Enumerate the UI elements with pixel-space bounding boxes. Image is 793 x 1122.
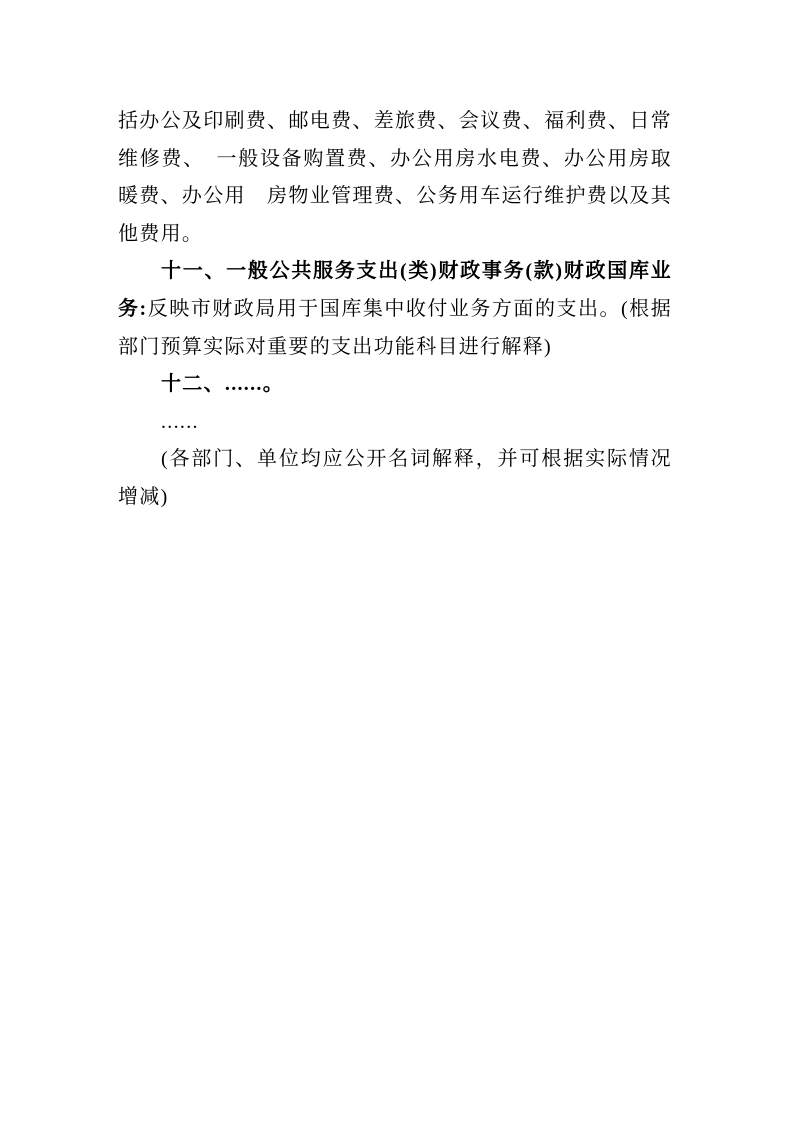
paragraph-ellipsis: ...... <box>118 404 672 442</box>
paragraph-item-12: 十二、......。 <box>118 366 672 404</box>
document-page: 括办公及印刷费、邮电费、差旅费、会议费、福利费、日常维修费、 一般设备购置费、办… <box>0 0 793 1122</box>
item-11-body: 反映市财政局用于国库集中收付业务方面的支出。(根据部门预算实际对重要的支出功能科… <box>118 298 672 358</box>
paragraph-item-11: 十一、一般公共服务支出(类)财政事务(款)财政国库业务:反映市财政局用于国库集中… <box>118 253 672 366</box>
paragraph-expense-continuation: 括办公及印刷费、邮电费、差旅费、会议费、福利费、日常维修费、 一般设备购置费、办… <box>118 103 672 253</box>
paragraph-editorial-note: (各部门、单位均应公开名词解释，并可根据实际情况增减) <box>118 441 672 516</box>
